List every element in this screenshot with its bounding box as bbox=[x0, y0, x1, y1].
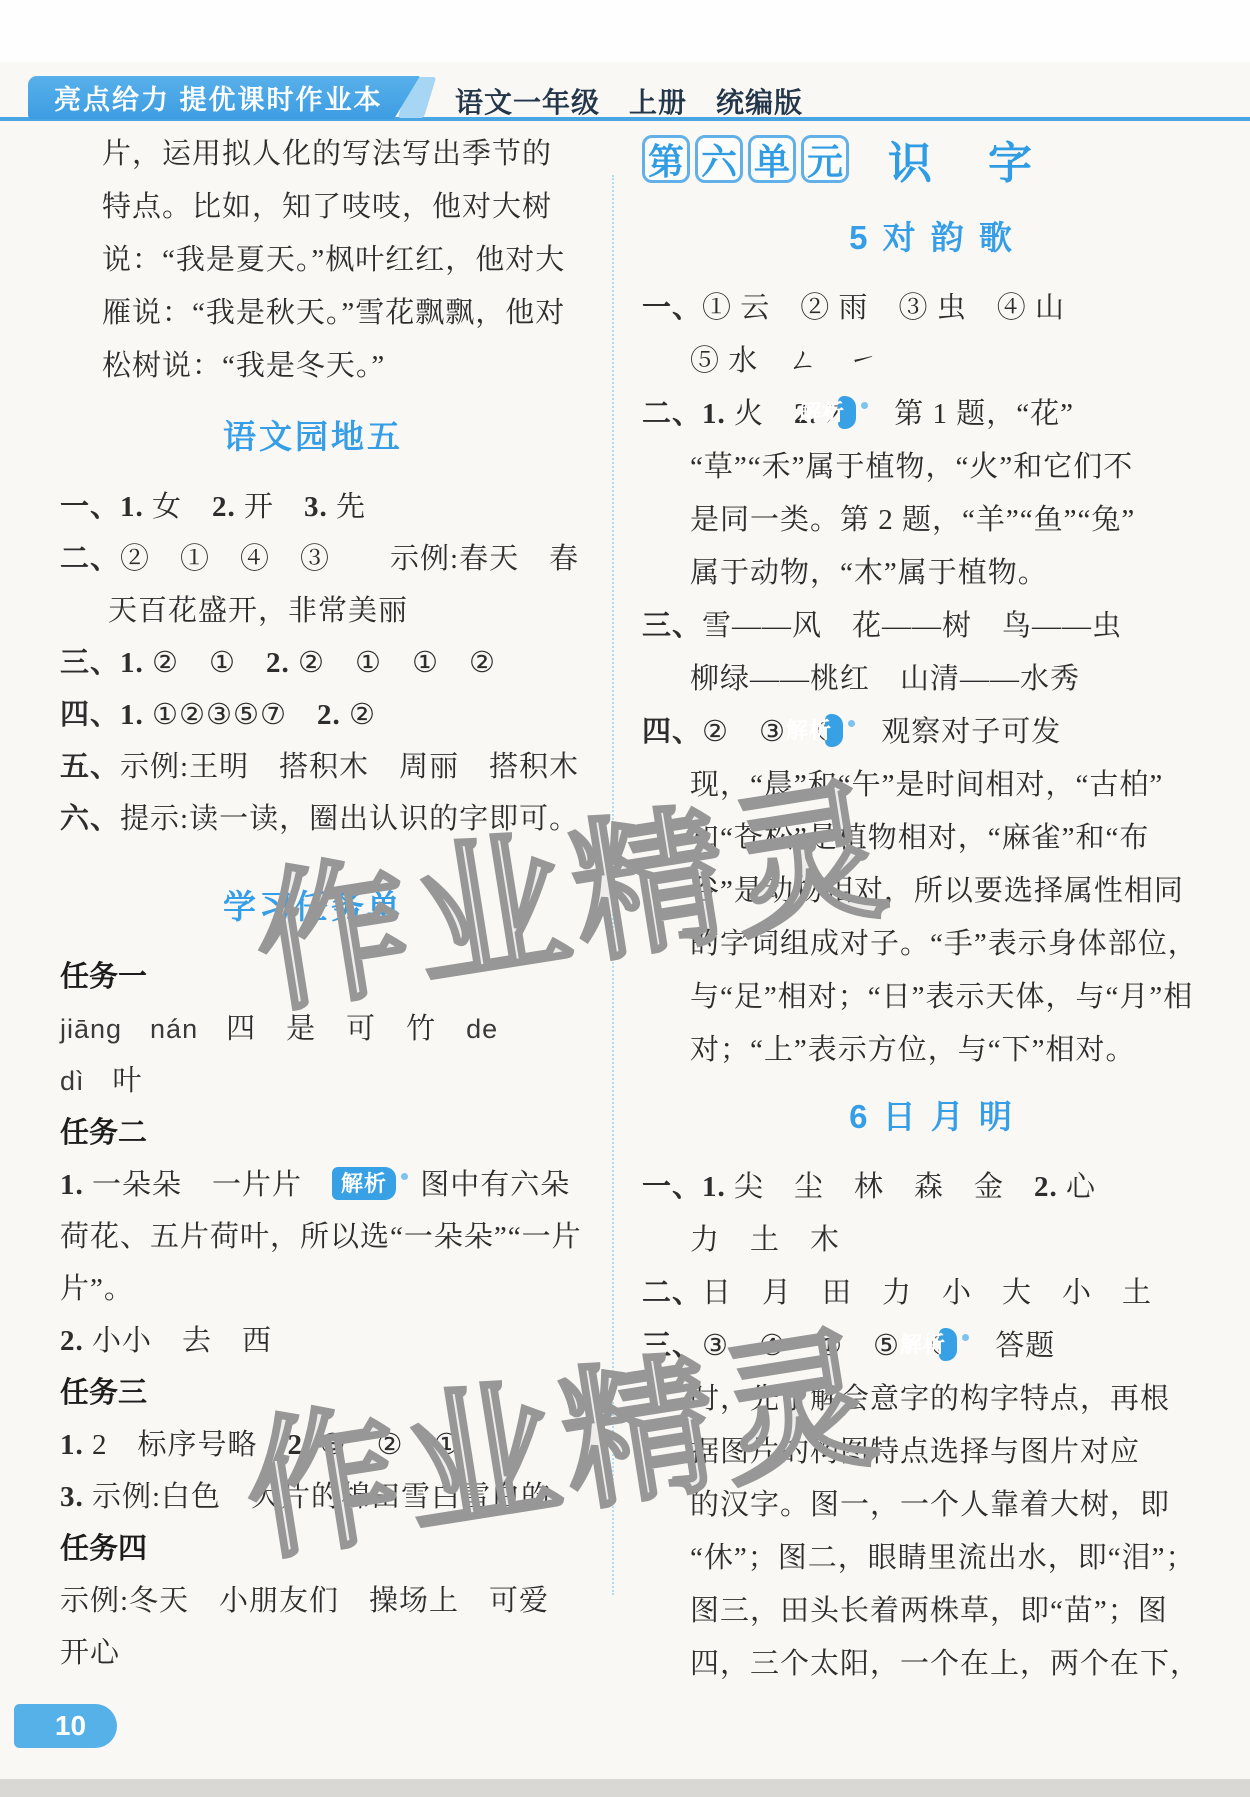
text-segment: 荷花、五片荷叶，所以选“一朵朵”“一片 bbox=[60, 1221, 582, 1253]
text-segment: 火 bbox=[726, 398, 794, 430]
text-segment: 小小 去 西 bbox=[84, 1325, 272, 1357]
text-line: 1. 2 标序号略 2. ③ ② ① bbox=[60, 1419, 566, 1471]
left-column: 片，运用拟人化的写法写出季节的特点。比如，知了吱吱，他对大树说：“我是夏天。”枫… bbox=[60, 128, 566, 1679]
unit-box-char: 第 bbox=[642, 135, 690, 183]
answer-number: 2. bbox=[212, 491, 236, 523]
text-segment: 开 bbox=[236, 491, 304, 523]
text-line: 的字词组成对子。“手”表示身体部位， bbox=[642, 918, 1222, 971]
text-segment: 叶 bbox=[113, 1065, 143, 1097]
text-line: “休”；图二，眼睛里流出水，即“泪”； bbox=[642, 1532, 1222, 1585]
answer-number: 2. bbox=[266, 647, 290, 679]
pinyin-segment: de bbox=[466, 1014, 498, 1044]
text-segment: 开心 bbox=[60, 1637, 120, 1669]
text-line: dì 叶 bbox=[60, 1055, 566, 1107]
text-segment: 的字词组成对子。“手”表示身体部位， bbox=[690, 928, 1198, 960]
text-segment: 雪——风 花——树 鸟——虫 bbox=[702, 610, 1122, 642]
text-line: 对；“上”表示方位，与“下”相对。 bbox=[642, 1024, 1222, 1077]
text-line: 是同一类。第 2 题，“羊”“鱼”“兔” bbox=[642, 494, 1222, 547]
unit-header: 第六单元识字 bbox=[642, 132, 1222, 186]
answer-number: 2. bbox=[1034, 1171, 1058, 1203]
text-line: 片”。 bbox=[60, 1263, 566, 1315]
answer-number: 2. bbox=[317, 699, 341, 731]
list-marker: 二、 bbox=[642, 1277, 702, 1309]
text-segment: 示例:王明 搭积木 周丽 搭积木 bbox=[120, 751, 579, 783]
unit-box-char: 元 bbox=[801, 135, 849, 183]
section-heading: 6 日 月 明 bbox=[642, 1095, 1222, 1139]
text-line: 据图片的构图特点选择与图片对应 bbox=[642, 1426, 1222, 1479]
list-marker: 四、 bbox=[642, 716, 702, 748]
text-segment: ① 云 ② 雨 ③ 虫 ④ 山 bbox=[702, 292, 1065, 324]
text-segment: 与“足”相对；“日”表示天体，与“月”相 bbox=[690, 981, 1193, 1013]
text-line: 二、日 月 田 力 小 大 小 土 bbox=[642, 1267, 1222, 1320]
text-segment: “草”“禾”属于植物，“火”和它们不 bbox=[690, 451, 1133, 483]
text-line: 说：“我是夏天。”枫叶红红，他对大 bbox=[102, 234, 566, 287]
text-segment: ② ① bbox=[144, 647, 266, 679]
text-line: 一、① 云 ② 雨 ③ 虫 ④ 山 bbox=[642, 282, 1222, 335]
text-segment: 片”。 bbox=[60, 1273, 134, 1305]
text-line: 四、1. ①②③⑤⑦ 2. ② bbox=[60, 689, 566, 741]
text-segment: 是同一类。第 2 题，“羊”“鱼”“兔” bbox=[690, 504, 1135, 536]
text-segment: 图中有六朵 bbox=[412, 1169, 570, 1201]
text-line: 1. 一朵朵 一片片 解析 图中有六朵 bbox=[60, 1159, 566, 1211]
text-line: 2. 小小 去 西 bbox=[60, 1315, 566, 1367]
text-segment: 对；“上”表示方位，与“下”相对。 bbox=[690, 1034, 1136, 1066]
text-segment: 据图片的构图特点选择与图片对应 bbox=[690, 1436, 1140, 1468]
text-segment: 心 bbox=[1058, 1171, 1096, 1203]
text-segment: ⑤ 水 ㄥ ㇀ bbox=[690, 345, 878, 377]
answer-number: 1. bbox=[120, 699, 144, 731]
badge-dot bbox=[962, 1334, 969, 1341]
section-heading: 学习任务单 bbox=[60, 885, 566, 929]
text-segment: 日 月 田 力 小 大 小 土 bbox=[702, 1277, 1152, 1309]
text-line: 松树说：“我是冬天。” bbox=[102, 340, 566, 393]
text-segment: ② ① ① ② bbox=[290, 647, 496, 679]
list-marker: 三、 bbox=[642, 1330, 702, 1362]
text-segment: 观察对子可发 bbox=[873, 716, 1061, 748]
analysis-badge-label: 解析 bbox=[838, 396, 856, 429]
text-segment: 2 标序号略 bbox=[84, 1429, 288, 1461]
section-heading: 5 对 韵 歌 bbox=[642, 216, 1222, 260]
list-marker: 二、 bbox=[60, 543, 120, 575]
text-segment: 一朵朵 一片片 bbox=[84, 1169, 332, 1201]
task-label: 任务四 bbox=[60, 1523, 566, 1575]
text-line: “草”“禾”属于植物，“火”和它们不 bbox=[642, 441, 1222, 494]
list-marker: 五、 bbox=[60, 751, 120, 783]
text-line: 图三，田头长着两株草，即“苗”；图 bbox=[642, 1585, 1222, 1638]
text-line: 三、③ ④ ① ⑤ ② 解析 答题 bbox=[642, 1320, 1222, 1373]
answer-number: 1. bbox=[120, 647, 144, 679]
list-marker: 六、 bbox=[60, 803, 120, 835]
text-line: 示例:冬天 小朋友们 操场上 可爱 bbox=[60, 1575, 566, 1627]
list-marker: 四、 bbox=[60, 699, 120, 731]
text-line: 时，先了解会意字的构字特点，再根 bbox=[642, 1373, 1222, 1426]
analysis-badge-label: 解析 bbox=[825, 714, 843, 747]
text-segment: 属于动物，“木”属于植物。 bbox=[690, 557, 1048, 589]
analysis-badge-label: 解析 bbox=[939, 1328, 957, 1361]
text-line: 的汉字。图一，一个人靠着大树，即 bbox=[642, 1479, 1222, 1532]
text-segment: 示例:白色 大片的棉田雪白雪白的 bbox=[84, 1481, 551, 1513]
answer-number: 3. bbox=[60, 1481, 84, 1513]
analysis-badge: 解析 bbox=[332, 1159, 412, 1211]
text-line: 一、1. 女 2. 开 3. 先 bbox=[60, 481, 566, 533]
text-line: 现，“晨”和“午”是时间相对，“古柏” bbox=[642, 759, 1222, 812]
list-marker: 一、 bbox=[60, 491, 120, 523]
right-column: 第六单元识字5 对 韵 歌一、① 云 ② 雨 ③ 虫 ④ 山⑤ 水 ㄥ ㇀二、1… bbox=[642, 132, 1222, 1691]
text-line: 特点。比如，知了吱吱，他对大树 bbox=[102, 181, 566, 234]
brand-title: 亮点给力 提优课时作业本 bbox=[54, 78, 383, 117]
list-marker: 一、 bbox=[642, 1171, 702, 1203]
page-number-badge: 10 bbox=[14, 1704, 117, 1748]
text-line: 谷”是动物相对，所以要选择属性相同 bbox=[642, 865, 1222, 918]
text-segment: 的汉字。图一，一个人靠着大树，即 bbox=[690, 1489, 1170, 1521]
task-label: 任务一 bbox=[60, 951, 566, 1003]
answer-number: 2. bbox=[288, 1429, 312, 1461]
list-marker: 二、 bbox=[642, 398, 702, 430]
text-line: 荷花、五片荷叶，所以选“一朵朵”“一片 bbox=[60, 1211, 566, 1263]
text-segment: ③ ② ① bbox=[311, 1429, 460, 1461]
task-label: 任务二 bbox=[60, 1107, 566, 1159]
text-segment: 和“苍松”是植物相对，“麻雀”和“布 bbox=[690, 822, 1149, 854]
text-segment: 尖 尘 林 森 金 bbox=[726, 1171, 1034, 1203]
text-line: ⑤ 水 ㄥ ㇀ bbox=[642, 335, 1222, 388]
answer-number: 1. bbox=[120, 491, 144, 523]
workbook-page: 亮点给力 提优课时作业本 语文一年级 上册 统编版 片，运用拟人化的写法写出季节… bbox=[0, 0, 1250, 1797]
badge-dot bbox=[401, 1173, 408, 1180]
pinyin-segment: dì bbox=[60, 1066, 113, 1096]
unit-title: 识字 bbox=[888, 127, 1088, 191]
text-line: 雁说：“我是秋天。”雪花飘飘，他对 bbox=[102, 287, 566, 340]
text-line: 三、雪——风 花——树 鸟——虫 bbox=[642, 600, 1222, 653]
text-line: 与“足”相对；“日”表示天体，与“月”相 bbox=[642, 971, 1222, 1024]
text-line: 柳绿——桃红 山清——水秀 bbox=[642, 653, 1222, 706]
text-segment: 女 bbox=[144, 491, 212, 523]
list-marker: 三、 bbox=[60, 647, 120, 679]
text-line: 开心 bbox=[60, 1627, 566, 1679]
text-segment: 四 是 可 竹 bbox=[226, 1013, 466, 1045]
text-segment: 天百花盛开，非常美丽 bbox=[108, 595, 408, 627]
text-segment: 示例:冬天 小朋友们 操场上 可爱 bbox=[60, 1585, 549, 1617]
text-segment: 第 1 题，“花” bbox=[886, 398, 1074, 430]
text-segment: “休”；图二，眼睛里流出水，即“泪”； bbox=[690, 1542, 1196, 1574]
text-segment: 提示:读一读，圈出认识的字即可。 bbox=[120, 803, 579, 835]
brand-banner: 亮点给力 提优课时作业本 bbox=[28, 76, 420, 119]
text-segment: ② bbox=[341, 699, 376, 731]
text-segment: 四，三个太阳，一个在上，两个在下， bbox=[690, 1648, 1200, 1680]
top-margin bbox=[0, 0, 1250, 62]
text-line: 一、1. 尖 尘 林 森 金 2. 心 bbox=[642, 1161, 1222, 1214]
text-segment: 答题 bbox=[987, 1330, 1055, 1362]
list-marker: 一、 bbox=[642, 292, 702, 324]
answer-number: 1. bbox=[702, 398, 726, 430]
unit-box-char: 单 bbox=[748, 135, 796, 183]
analysis-badge-label: 解析 bbox=[332, 1167, 396, 1200]
text-line: 二、② ① ④ ③ 示例:春天 春 bbox=[60, 533, 566, 585]
text-line: 四、② ③ ① 解析 观察对子可发 bbox=[642, 706, 1222, 759]
text-segment: ①②③⑤⑦ bbox=[144, 699, 317, 731]
unit-box-char: 六 bbox=[695, 135, 743, 183]
answer-number: 3. bbox=[304, 491, 328, 523]
bottom-edge-strip bbox=[0, 1779, 1250, 1797]
text-segment: 谷”是动物相对，所以要选择属性相同 bbox=[690, 875, 1184, 907]
answer-number: 1. bbox=[60, 1429, 84, 1461]
text-line: 四，三个太阳，一个在上，两个在下， bbox=[642, 1638, 1222, 1691]
pinyin-segment: jiāng nán bbox=[60, 1014, 226, 1044]
text-line: 3. 示例:白色 大片的棉田雪白雪白的 bbox=[60, 1471, 566, 1523]
badge-dot bbox=[861, 402, 868, 409]
column-divider bbox=[612, 175, 614, 1595]
text-line: 六、提示:读一读，圈出认识的字即可。 bbox=[60, 793, 566, 845]
section-heading: 语文园地五 bbox=[60, 415, 566, 459]
text-line: 力 土 木 bbox=[642, 1214, 1222, 1267]
text-segment: 图三，田头长着两株草，即“苗”；图 bbox=[690, 1595, 1168, 1627]
book-subject: 语文一年级 上册 统编版 bbox=[455, 81, 803, 121]
answer-number: 2. bbox=[60, 1325, 84, 1357]
list-marker: 三、 bbox=[642, 610, 702, 642]
text-line: 属于动物，“木”属于植物。 bbox=[642, 547, 1222, 600]
text-segment: 力 土 木 bbox=[690, 1224, 840, 1256]
answer-number: 1. bbox=[60, 1169, 84, 1201]
text-line: 二、1. 火 2. 木 解析 第 1 题，“花” bbox=[642, 388, 1222, 441]
text-line: 和“苍松”是植物相对，“麻雀”和“布 bbox=[642, 812, 1222, 865]
text-segment: 先 bbox=[328, 491, 366, 523]
text-segment: 现，“晨”和“午”是时间相对，“古柏” bbox=[690, 769, 1163, 801]
text-segment: ② ① ④ ③ 示例:春天 春 bbox=[120, 543, 579, 575]
text-line: jiāng nán 四 是 可 竹 de bbox=[60, 1003, 566, 1055]
text-line: 片，运用拟人化的写法写出季节的 bbox=[102, 128, 566, 181]
text-line: 五、示例:王明 搭积木 周丽 搭积木 bbox=[60, 741, 566, 793]
text-line: 天百花盛开，非常美丽 bbox=[60, 585, 566, 637]
continuation-paragraph: 片，运用拟人化的写法写出季节的特点。比如，知了吱吱，他对大树说：“我是夏天。”枫… bbox=[60, 128, 566, 393]
text-line: 三、1. ② ① 2. ② ① ① ② bbox=[60, 637, 566, 689]
text-segment: 柳绿——桃红 山清——水秀 bbox=[690, 663, 1080, 695]
task-label: 任务三 bbox=[60, 1367, 566, 1419]
text-segment: 时，先了解会意字的构字特点，再根 bbox=[690, 1383, 1170, 1415]
badge-dot bbox=[848, 720, 855, 727]
answer-number: 1. bbox=[702, 1171, 726, 1203]
